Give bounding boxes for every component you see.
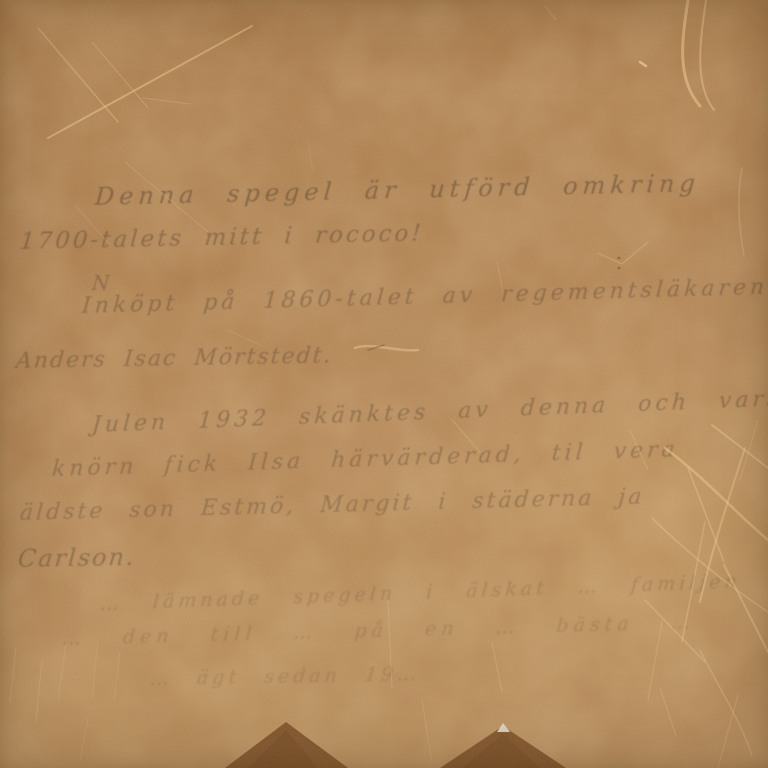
- fine-grain-texture: [0, 0, 768, 768]
- mirror-back-photo: Denna spegel är utförd omkring 1700-tale…: [0, 0, 768, 768]
